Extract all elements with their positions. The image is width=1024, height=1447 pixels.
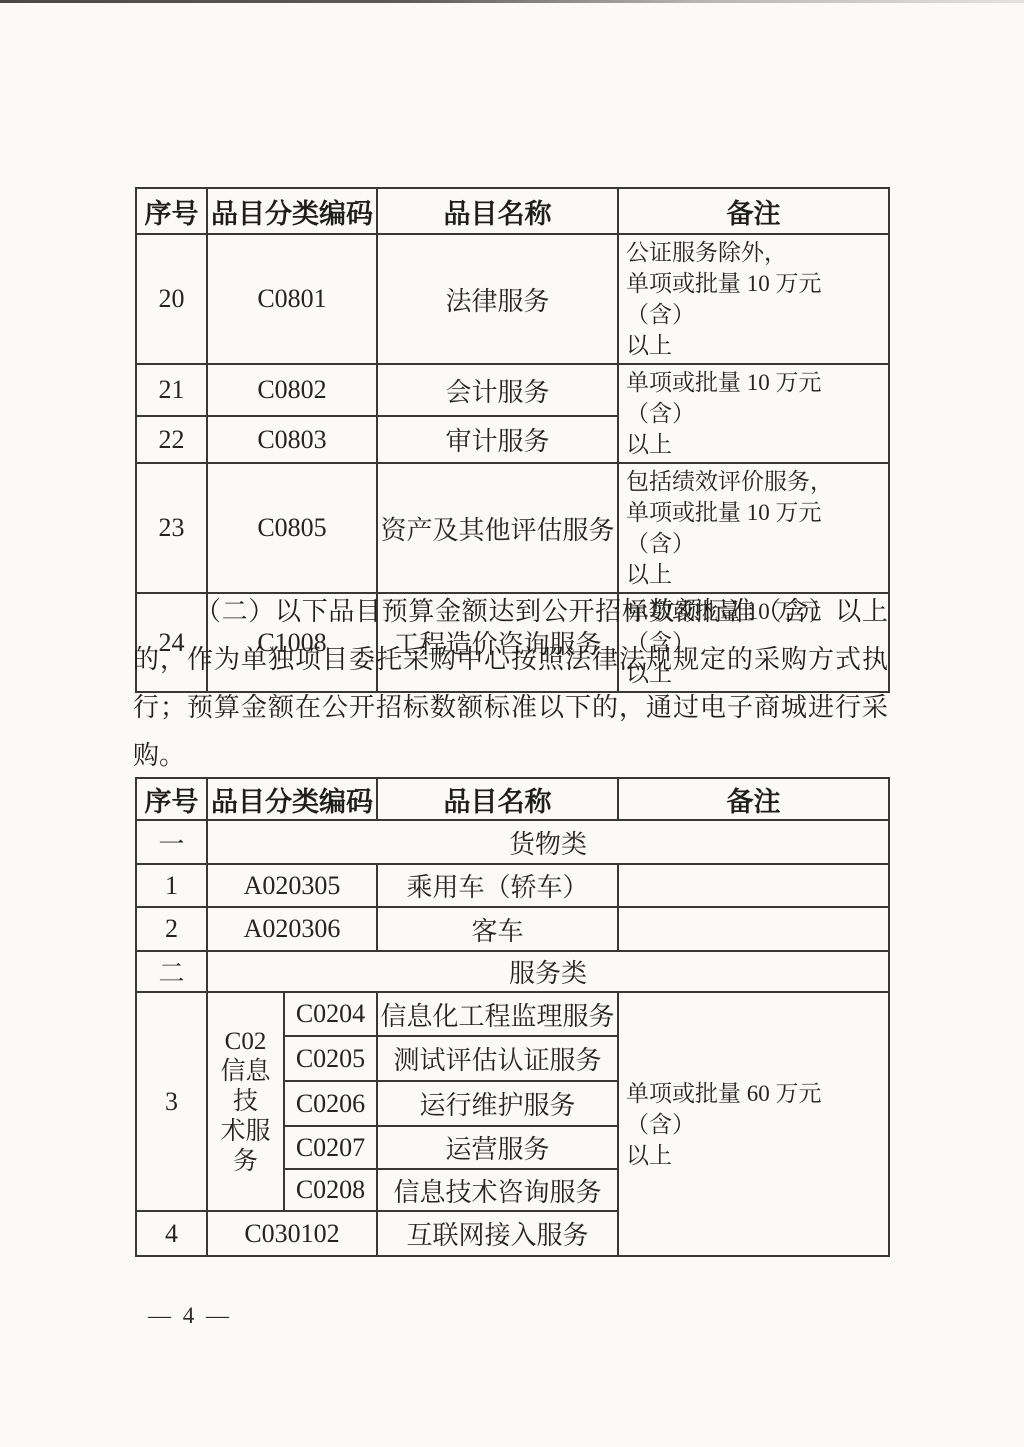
table-row-23: 23 C0805 资产及其他评估服务 包括绩效评价服务， 单项或批量 10 万元… <box>136 463 889 593</box>
col-header-seq: 序号 <box>136 778 207 820</box>
name-cell: 运营服务 <box>377 1126 618 1169</box>
seq-cell: 1 <box>136 864 207 907</box>
paragraph-line: 购。 <box>133 732 888 780</box>
name-cell: 乘用车（轿车） <box>377 864 618 907</box>
paragraph-line: 的，作为单独项目委托采购中心按照法律法规规定的采购方式执 <box>133 636 888 684</box>
section-row-services: 二 服务类 <box>136 951 889 992</box>
name-cell: 运行维护服务 <box>377 1081 618 1126</box>
section-label-cell: 货物类 <box>207 820 889 864</box>
name-cell: 法律服务 <box>377 234 618 364</box>
name-cell: 互联网接入服务 <box>377 1211 618 1256</box>
note-cell: 包括绩效评价服务， 单项或批量 10 万元（含） 以上 <box>618 463 889 593</box>
code-cell: A020305 <box>207 864 377 907</box>
seq-cell: 22 <box>136 416 207 463</box>
name-cell: 测试评估认证服务 <box>377 1036 618 1081</box>
code-cell: C0801 <box>207 234 377 364</box>
seq-cell: 3 <box>136 992 207 1211</box>
note-cell: 公证服务除外， 单项或批量 10 万元（含） 以上 <box>618 234 889 364</box>
seq-cell: 2 <box>136 907 207 951</box>
col-header-note: 备注 <box>618 778 889 820</box>
col-header-name: 品目名称 <box>377 778 618 820</box>
col-header-name: 品目名称 <box>377 188 618 234</box>
note-cell-empty <box>618 864 889 907</box>
col-header-code: 品目分类编码 <box>207 778 377 820</box>
subcode-cell: C0205 <box>284 1036 377 1081</box>
name-cell: 会计服务 <box>377 364 618 416</box>
scan-edge-artifact <box>0 0 1024 3</box>
section-seq-cell: 一 <box>136 820 207 864</box>
seq-cell: 21 <box>136 364 207 416</box>
code-cell: A020306 <box>207 907 377 951</box>
name-cell: 信息技术咨询服务 <box>377 1169 618 1211</box>
code-cell: C0803 <box>207 416 377 463</box>
note-cell-merged: 单项或批量 10 万元（含） 以上 <box>618 364 889 463</box>
table-row-21: 21 C0802 会计服务 单项或批量 10 万元（含） 以上 <box>136 364 889 416</box>
code-cell: C0802 <box>207 364 377 416</box>
table-row-1: 1 A020305 乘用车（轿车） <box>136 864 889 907</box>
table2-header-row: 序号 品目分类编码 品目名称 备注 <box>136 778 889 820</box>
col-header-seq: 序号 <box>136 188 207 234</box>
page-number: — 4 — <box>148 1303 232 1329</box>
section-row-goods: 一 货物类 <box>136 820 889 864</box>
name-cell: 资产及其他评估服务 <box>377 463 618 593</box>
note-cell-empty <box>618 907 889 951</box>
name-cell: 信息化工程监理服务 <box>377 992 618 1036</box>
col-header-note: 备注 <box>618 188 889 234</box>
subcode-cell: C0208 <box>284 1169 377 1211</box>
subcode-cell: C0204 <box>284 992 377 1036</box>
seq-cell: 4 <box>136 1211 207 1256</box>
code-cell: C0805 <box>207 463 377 593</box>
table-row-3-sub-1: 3 C02 信息技 术服务 C0204 信息化工程监理服务 单项或批量 60 万… <box>136 992 889 1036</box>
section-label-cell: 服务类 <box>207 951 889 992</box>
seq-cell: 23 <box>136 463 207 593</box>
seq-cell: 20 <box>136 234 207 364</box>
table1-header-row: 序号 品目分类编码 品目名称 备注 <box>136 188 889 234</box>
name-cell: 审计服务 <box>377 416 618 463</box>
subcode-cell: C0207 <box>284 1126 377 1169</box>
col-header-code: 品目分类编码 <box>207 188 377 234</box>
paragraph-line: 行；预算金额在公开招标数额标准以下的，通过电子商城进行采 <box>133 684 888 732</box>
open-tender-items-table: 序号 品目分类编码 品目名称 备注 一 货物类 1 A020305 乘用车（轿车… <box>135 777 890 1257</box>
paragraph-line: （二）以下品目预算金额达到公开招标数额标准（含）以上 <box>133 588 888 636</box>
paragraph-section-two: （二）以下品目预算金额达到公开招标数额标准（含）以上 的，作为单独项目委托采购中… <box>133 588 888 780</box>
name-cell: 客车 <box>377 907 618 951</box>
section-seq-cell: 二 <box>136 951 207 992</box>
table-row-2: 2 A020306 客车 <box>136 907 889 951</box>
subcode-cell: C0206 <box>284 1081 377 1126</box>
group-code-cell: C02 信息技 术服务 <box>207 992 284 1211</box>
table-row-20: 20 C0801 法律服务 公证服务除外， 单项或批量 10 万元（含） 以上 <box>136 234 889 364</box>
code-cell: C030102 <box>207 1211 377 1256</box>
note-cell-merged: 单项或批量 60 万元（含） 以上 <box>618 992 889 1256</box>
document-page: 序号 品目分类编码 品目名称 备注 20 C0801 法律服务 公证服务除外， … <box>0 0 1024 1447</box>
